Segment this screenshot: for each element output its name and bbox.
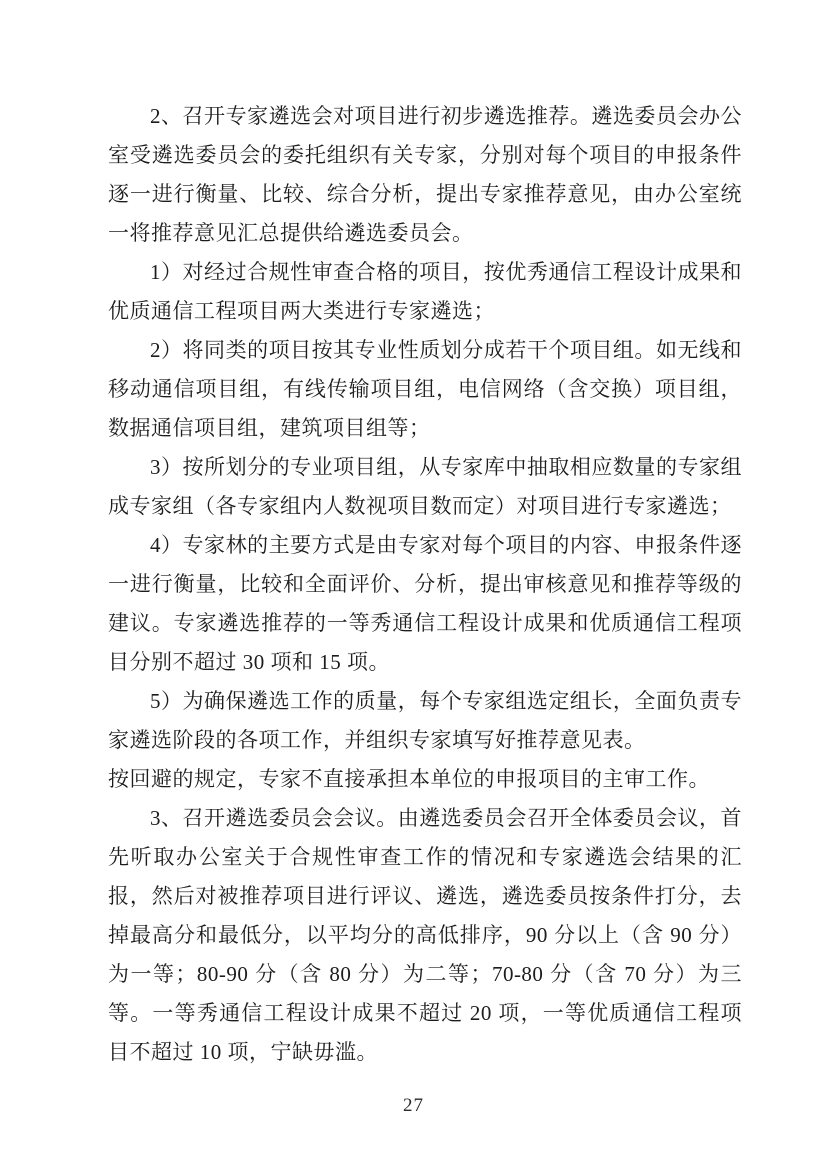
paragraph: 2、召开专家遴选会对项目进行初步遴选推荐。遴选委员会办公室受遴选委员会的委托组织… xyxy=(108,97,742,253)
paragraph: 4）专家林的主要方式是由专家对每个项目的内容、申报条件逐一进行衡量，比较和全面评… xyxy=(108,526,742,682)
paragraph: 5）为确保遴选工作的质量，每个专家组选定组长，全面负责专家遴选阶段的各项工作，并… xyxy=(108,682,742,760)
paragraph: 1）对经过合规性审查合格的项目，按优秀通信工程设计成果和优质通信工程项目两大类进… xyxy=(108,253,742,331)
paragraph: 2）将同类的项目按其专业性质划分成若干个项目组。如无线和移动通信项目组，有线传输… xyxy=(108,331,742,448)
page-number: 27 xyxy=(403,1095,424,1116)
document-body: 2、召开专家遴选会对项目进行初步遴选推荐。遴选委员会办公室受遴选委员会的委托组织… xyxy=(108,97,742,1072)
paragraph: 3）按所划分的专业项目组，从专家库中抽取相应数量的专家组成专家组（各专家组内人数… xyxy=(108,448,742,526)
paragraph: 按回避的规定，专家不直接承担本单位的申报项目的主审工作。 xyxy=(108,760,742,799)
page-footer: 27 xyxy=(0,1095,827,1117)
paragraph: 3、召开遴选委员会会议。由遴选委员会召开全体委员会议，首先听取办公室关于合规性审… xyxy=(108,799,742,1072)
document-page: 2、召开专家遴选会对项目进行初步遴选推荐。遴选委员会办公室受遴选委员会的委托组织… xyxy=(0,0,827,1169)
